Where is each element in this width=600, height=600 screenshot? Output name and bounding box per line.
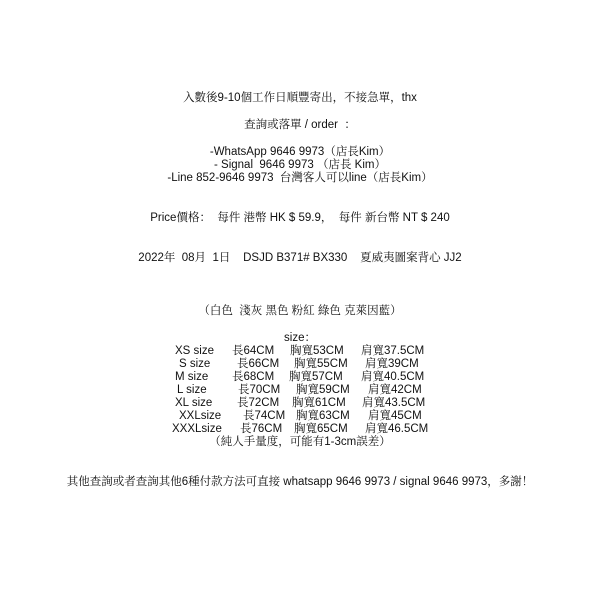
- contact-line: -Line 852-9646 9973 台灣客人可以line（店長Kim）: [0, 172, 600, 185]
- size-chest: 胸寬55CM: [294, 358, 348, 371]
- size-label: XL size: [175, 397, 212, 410]
- contact-signal: - Signal 9646 9973 （店長 Kim）: [0, 159, 600, 172]
- measurement-note: （純人手量度，可能有1-3cm誤差）: [0, 436, 600, 449]
- size-chest: 胸寬59CM: [296, 384, 350, 397]
- size-row: XXLsize 長74CM 胸寬63CM 肩寬45CM: [0, 410, 600, 423]
- size-length: 長72CM: [237, 397, 279, 410]
- footer-contact-note: 其他查詢或者查詢其他6種付款方法可直接 whatsapp 9646 9973 /…: [0, 476, 600, 489]
- size-row: XL size 長72CM 胸寬61CM 肩寬43.5CM: [0, 397, 600, 410]
- contact-whatsapp: -WhatsApp 9646 9973（店長Kim）: [0, 146, 600, 159]
- order-heading: 查詢或落單 / order ：: [0, 119, 600, 132]
- size-label: XXXLsize: [172, 423, 222, 436]
- size-label: XXLsize: [179, 410, 221, 423]
- size-shoulder: 肩寬46.5CM: [365, 423, 428, 436]
- size-length: 長68CM: [232, 371, 274, 384]
- size-row: XS size 長64CM 胸寬53CM 肩寬37.5CM: [0, 345, 600, 358]
- size-label: L size: [177, 384, 207, 397]
- size-row: M size 長68CM 胸寬57CM 肩寬40.5CM: [0, 371, 600, 384]
- size-chest: 胸寬63CM: [296, 410, 350, 423]
- size-label: S size: [179, 358, 210, 371]
- size-length: 長76CM: [240, 423, 282, 436]
- color-options: （白色 淺灰 黑色 粉紅 綠色 克萊因藍）: [0, 305, 600, 318]
- size-row: L size 長70CM 胸寬59CM 肩寬42CM: [0, 384, 600, 397]
- size-shoulder: 肩寬37.5CM: [361, 345, 424, 358]
- size-shoulder: 肩寬40.5CM: [361, 371, 424, 384]
- size-chest: 胸寬53CM: [290, 345, 344, 358]
- size-heading: size：: [0, 332, 600, 345]
- size-label: M size: [175, 371, 208, 384]
- size-length: 長70CM: [238, 384, 280, 397]
- size-shoulder: 肩寬42CM: [368, 384, 422, 397]
- size-length: 長64CM: [232, 345, 274, 358]
- size-shoulder: 肩寬43.5CM: [362, 397, 425, 410]
- size-row: XXXLsize 長76CM 胸寬65CM 肩寬46.5CM: [0, 423, 600, 436]
- size-chest: 胸寬57CM: [289, 371, 343, 384]
- price-line: Price價格： 每件 港幣 HK $ 59.9， 每件 新台幣 NT $ 24…: [0, 212, 600, 225]
- size-shoulder: 肩寬39CM: [365, 358, 419, 371]
- size-row: S size 長66CM 胸寬55CM 肩寬39CM: [0, 358, 600, 371]
- product-line: 2022年 08月 1日 DSJD B371# BX330 夏威夷圖案背心 JJ…: [0, 252, 600, 265]
- size-length: 長74CM: [243, 410, 285, 423]
- size-label: XS size: [175, 345, 214, 358]
- size-shoulder: 肩寬45CM: [368, 410, 422, 423]
- size-length: 長66CM: [237, 358, 279, 371]
- shipping-notice: 入數後9-10個工作日順豐寄出，不接急單，thx: [0, 92, 600, 105]
- size-chest: 胸寬65CM: [294, 423, 348, 436]
- size-chest: 胸寬61CM: [292, 397, 346, 410]
